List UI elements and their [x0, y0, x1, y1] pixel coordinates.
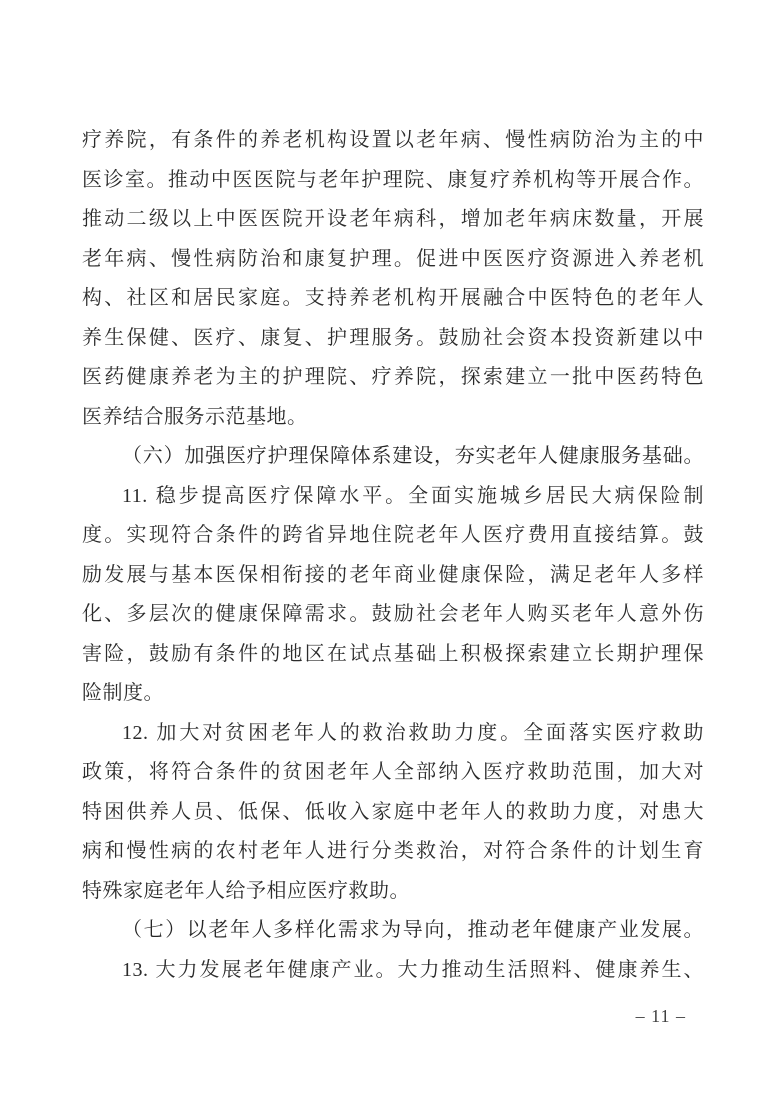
section-heading-line: （七）以老年人多样化需求为导向，推动老年健康产业发展。	[82, 911, 704, 951]
text-line: 老年病、慢性病防治和康复护理。促进中医医疗资源进入养老机	[82, 240, 704, 280]
text-line: 13. 大力发展老年健康产业。大力推动生活照料、健康养生、	[82, 951, 704, 991]
text-line: 险制度。	[82, 674, 704, 714]
text-line: 医养结合服务示范基地。	[82, 398, 704, 438]
document-page: 疗养院，有条件的养老机构设置以老年病、慢性病防治为主的中医诊室。推动中医医院与老…	[0, 0, 780, 1106]
text-line: 医药健康养老为主的护理院、疗养院，探索建立一批中医药特色	[82, 358, 704, 398]
text-line: 度。实现符合条件的跨省异地住院老年人医疗费用直接结算。鼓	[82, 516, 704, 556]
text-line: 励发展与基本医保相衔接的老年商业健康保险，满足老年人多样	[82, 556, 704, 596]
text-line: 政策，将符合条件的贫困老年人全部纳入医疗救助范围，加大对	[82, 753, 704, 793]
text-line: 化、多层次的健康保障需求。鼓励社会老年人购买老年人意外伤	[82, 595, 704, 635]
document-body: 疗养院，有条件的养老机构设置以老年病、慢性病防治为主的中医诊室。推动中医医院与老…	[82, 121, 704, 990]
text-line: 养生保健、医疗、康复、护理服务。鼓励社会资本投资新建以中	[82, 319, 704, 359]
text-line: 11. 稳步提高医疗保障水平。全面实施城乡居民大病保险制	[82, 477, 704, 517]
text-line: 推动二级以上中医医院开设老年病科，增加老年病床数量，开展	[82, 200, 704, 240]
section-heading-line: （六）加强医疗护理保障体系建设，夯实老年人健康服务基础。	[82, 437, 704, 477]
page-number: – 11 –	[636, 1006, 686, 1026]
text-line: 病和慢性病的农村老年人进行分类救治，对符合条件的计划生育	[82, 832, 704, 872]
text-line: 医诊室。推动中医医院与老年护理院、康复疗养机构等开展合作。	[82, 161, 704, 201]
text-line: 构、社区和居民家庭。支持养老机构开展融合中医特色的老年人	[82, 279, 704, 319]
text-line: 害险，鼓励有条件的地区在试点基础上积极探索建立长期护理保	[82, 635, 704, 675]
text-line: 特殊家庭老年人给予相应医疗救助。	[82, 872, 704, 912]
text-line: 特困供养人员、低保、低收入家庭中老年人的救助力度，对患大	[82, 793, 704, 833]
text-line: 疗养院，有条件的养老机构设置以老年病、慢性病防治为主的中	[82, 121, 704, 161]
text-line: 12. 加大对贫困老年人的救治救助力度。全面落实医疗救助	[82, 714, 704, 754]
